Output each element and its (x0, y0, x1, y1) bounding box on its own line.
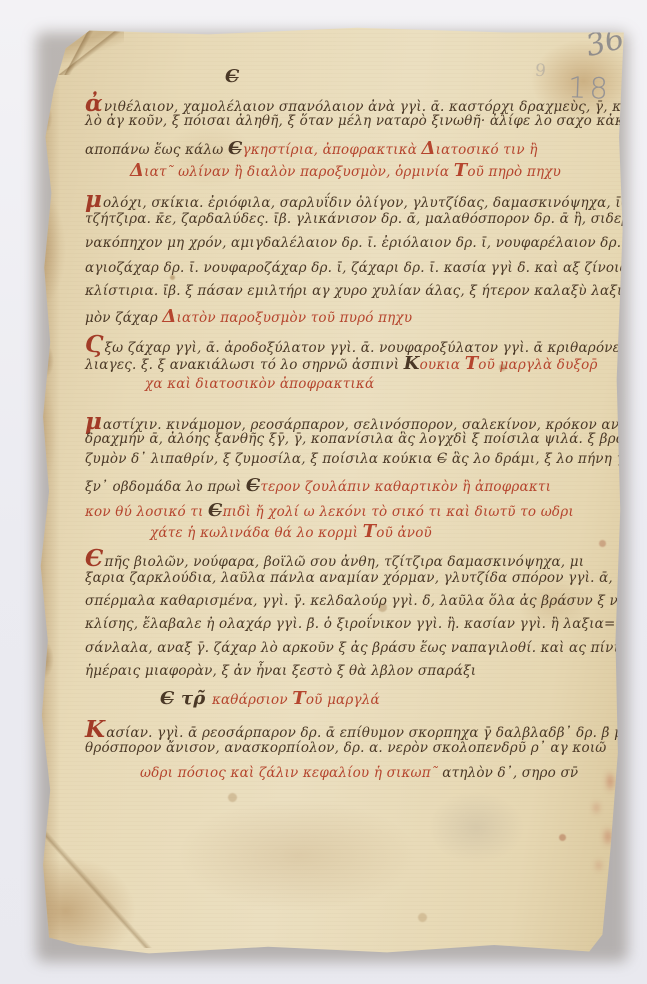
body-text: δραχμήν ᾱ, ἀλόης ξανθῆς ξγ̄, γ̄, κοπανίσ… (85, 431, 647, 447)
ornate-letter: Є̶ (225, 66, 240, 87)
body-text: ἡμέραις μιαφορὰν, ξ ἀν ἦναι ξεστὸ ξ θὰ λ… (85, 663, 476, 679)
text-line: λὸ ἀγ κοῦν, ξ πόισαι ἀληθῆ, ξ ὅταν μέλη … (85, 114, 647, 129)
text-line: θρόσπορον ἄνισον, ανασκορπίολον, δρ. α. … (85, 741, 607, 756)
body-text: σπέρμαλα καθαρισμένα, γγὶ. γ̄. κελδαλούρ… (85, 593, 647, 609)
manuscript-page: 36 9 18 Є̶ἀνιθέλαιον, χαμολέλαιον σπανόλ… (30, 25, 625, 958)
body-text: πῆς βιολῶν, νούφαρα, βοϊλῶ σου ἀνθη, τζί… (105, 554, 585, 570)
rubric-initial: Є (85, 545, 104, 572)
rubric-text: χάτε ἡ κωλινάδα θά λο κορμὶ (150, 525, 363, 541)
text-line: σάνλαλα, αναξ̄ γ̄. ζάχαρ λὸ αρκοῦν ξ ἀς … (85, 641, 647, 656)
text-line: κλίσης, ἔλαβαλε ἠ ολαχάρ γγὶ. β̄. ὁ ξιρο… (85, 617, 615, 632)
rubric-text: ιατοσικό τιν ἢ (436, 142, 538, 158)
body-text: κλίσης, ἔλαβαλε ἠ ολαχάρ γγὶ. β̄. ὁ ξιρο… (85, 616, 615, 632)
body-text: τζήτζιρα. κ̄ε, ζαρδαλύδες. ῑβ. γλικάνισο… (85, 211, 647, 227)
body-text: θρόσπορον ἄνισον, ανασκορπίολον, δρ. α. … (85, 740, 607, 756)
text-line: κλίστιρια. ῑβ. ξ πάσαν εμιλτήρι αγ χυρο … (85, 284, 647, 299)
rubric-text: οῦ μαργλὰ δυξορ̄ (478, 357, 597, 373)
text-line: Κασίαν. γγὶ. ᾱ ρεοσάρπαρον δρ. ᾱ επίθυμο… (85, 717, 647, 742)
body-text: ασίαν. γγὶ. ᾱ ρεοσάρπαρον δρ. ᾱ επίθυμον… (106, 725, 647, 741)
rubric-text: οῦ ἀνοῦ (376, 525, 432, 541)
ornate-letter: Κ (404, 353, 420, 374)
rubric-text: χα καὶ διατοσικὸν ἀποφρακτικά (145, 376, 374, 392)
ornate-letter: Є̶ τρ̃ (160, 688, 212, 709)
body-text: ατηλὸν δ᾽, σηρο σν̄ (442, 765, 578, 781)
ornate-letter-red: Δ (130, 160, 144, 181)
body-text: σάνλαλα, αναξ̄ γ̄. ζάχαρ λὸ αρκοῦν ξ ἀς … (85, 640, 647, 656)
text-line: ξαρια ζαρκλούδια, λαῦλα πάνλα αναμίαν χό… (85, 571, 647, 586)
ornate-letter-red: Δ (162, 306, 176, 327)
rubric-initial: Κ (85, 716, 105, 743)
ornate-letter-red: Τ (454, 160, 468, 181)
text-line: λιαγες. ξ. ξ ανακιάλωσι τό λο σηρνῶ ἀσπι… (85, 354, 598, 374)
body-text: μὸν ζάχαρ (85, 310, 162, 326)
ornate-letter-red: Δ (422, 138, 436, 159)
rubric-text: ιατὸν παροξυσμὸν τοῦ πυρό πηχυ (177, 310, 413, 326)
rubric-text: τερον ζουλάπιν καθαρτικὸν ἢ ἀποφρακτι (260, 479, 551, 495)
body-text: νακόπηχον μη χρόν, αμιγδαλέλαιον δρ. ῑ. … (85, 235, 642, 251)
ornate-letter: Є̶ (246, 475, 261, 496)
text-line: ωδρι πόσιος καὶ ζάλιν κεφαλίου ἡ σικωπ῀ … (140, 766, 578, 781)
ornate-letter: Є̶ (208, 500, 223, 521)
body-text: ξαρια ζαρκλούδια, λαῦλα πάνλα αναμίαν χό… (85, 570, 647, 586)
section-heading: Є̶ τρ̃ καθάρσιον Τοῦ μαργλά (160, 689, 380, 709)
text-line: αποπάνω ἕως κάλω Є̶γκηστίρια, ἀποφρακτικ… (85, 139, 538, 159)
text-line: Єπῆς βιολῶν, νούφαρα, βοϊλῶ σου ἀνθη, τζ… (85, 546, 584, 571)
ornate-letter: Є̶ (228, 138, 243, 159)
body-text: αγιοζάχαρ δρ. ῑ. νουφαροζάχαρ δρ. ῑ, ζάχ… (85, 260, 647, 276)
text-line: χάτε ἡ κωλινάδα θά λο κορμὶ Τοῦ ἀνοῦ (150, 522, 432, 542)
text-line: χα καὶ διατοσικὸν ἀποφρακτικά (145, 377, 374, 392)
body-text: λιαγες. ξ. ξ ανακιάλωσι τό λο σηρνῶ ἀσπι… (85, 357, 404, 373)
rubric-text: κον θύ λοσικό τι (85, 504, 208, 520)
text-line: δραχμήν ᾱ, ἀλόης ξανθῆς ξγ̄, γ̄, κοπανίσ… (85, 432, 647, 447)
rubric-text: οῦ μαργλά (306, 692, 380, 708)
text-line: σπέρμαλα καθαρισμένα, γγὶ. γ̄. κελδαλούρ… (85, 594, 647, 609)
body-text: ζυμὸν δ᾽ λιπαθρίν, ξ ζυμοσίλα, ξ ποίσιλα… (85, 451, 647, 467)
text-line: νακόπηχον μη χρόν, αμιγδαλέλαιον δρ. ῑ. … (85, 236, 642, 251)
rubric-initial: μ (85, 186, 102, 213)
body-text: κλίστιρια. ῑβ. ξ πάσαν εμιλτήρι αγ χυρο … (85, 283, 647, 299)
text-line: ἡμέραις μιαφορὰν, ξ ἀν ἦναι ξεστὸ ξ θὰ λ… (85, 664, 476, 679)
rubric-text: ιατ῀ ωλίναν ἢ διαλὸν παροξυσμὸν, ὁρμινία (144, 164, 454, 180)
text-line: κον θύ λοσικό τι Є̶πιδὶ ἤ χολί ω λεκόνι … (85, 501, 574, 521)
rubric-text: πιδὶ ἤ χολί ω λεκόνι τὸ σικό τι καὶ διωτ… (223, 504, 574, 520)
text-block: Є̶ἀνιθέλαιον, χαμολέλαιον σπανόλαιον ἀνὰ… (30, 25, 625, 958)
text-line: ζυμὸν δ᾽ λιπαθρίν, ξ ζυμοσίλα, ξ ποίσιλα… (85, 452, 647, 467)
text-line: μολόχι, σκίκια. ἐριόφιλα, σαρλυΐδιν ὀλίγ… (85, 187, 647, 212)
text-line: ξν᾽ οβδομάδα λο πρωὶ Є̶τερον ζουλάπιν κα… (85, 476, 551, 496)
rubric-text: ουκια (420, 357, 465, 373)
text-line: μὸν ζάχαρ Διατὸν παροξυσμὸν τοῦ πυρό πηχ… (85, 307, 412, 327)
body-text: ξν᾽ οβδομάδα λο πρωὶ (85, 479, 246, 495)
body-text: λὸ ἀγ κοῦν, ξ πόισαι ἀληθῆ, ξ ὅταν μέλη … (85, 113, 647, 129)
text-line: αγιοζάχαρ δρ. ῑ. νουφαροζάχαρ δρ. ῑ, ζάχ… (85, 261, 647, 276)
text-line: τζήτζιρα. κ̄ε, ζαρδαλύδες. ῑβ. γλικάνισο… (85, 212, 647, 227)
body-text: αποπάνω ἕως κάλω (85, 142, 228, 158)
body-text: ολόχι, σκίκια. ἐριόφιλα, σαρλυΐδιν ὀλίγο… (103, 195, 647, 211)
rubric-text: καθάρσιον (212, 692, 292, 708)
rubric-text: οῦ πηρὸ πηχυ (467, 164, 561, 180)
quire-mark: Є̶ (225, 67, 240, 87)
ornate-letter-red: Τ (292, 688, 306, 709)
rubric-text: ωδρι πόσιος καὶ ζάλιν κεφαλίου ἡ σικωπ῀ (140, 765, 442, 781)
text-line: Διατ῀ ωλίναν ἢ διαλὸν παροξυσμὸν, ὁρμινί… (130, 161, 561, 181)
ornate-letter-red: Τ (363, 521, 377, 542)
ornate-letter-red: Τ (465, 353, 479, 374)
rubric-text: γκηστίρια, ἀποφρακτικὰ (242, 142, 421, 158)
